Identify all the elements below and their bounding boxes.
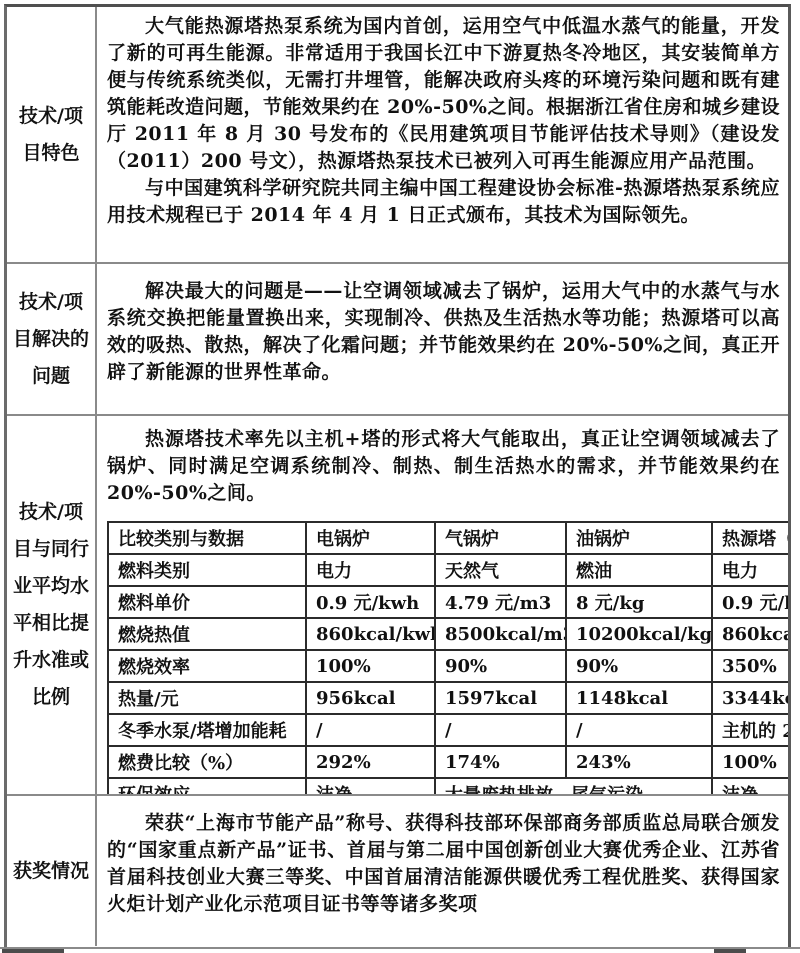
awards-paragraph: 荣获“上海市节能产品”称号、获得科技部环保部商务部质监总局联合颁发的“国家重点新… (107, 810, 780, 918)
table-row-awards: 获奖情况 荣获“上海市节能产品”称号、获得科技部环保部商务部质监总局联合颁发的“… (7, 796, 788, 946)
features-content: 大气能热源塔热泵系统为国内首创，运用空气中低温水蒸气的能量，开发了新的可再生能源… (97, 7, 788, 262)
comparison-cell: 电力 (712, 554, 788, 586)
comparison-header-cell: 油锅炉 (566, 522, 712, 554)
comparison-cell-span: 大量废热排放、尾气污染 (435, 778, 712, 794)
comparison-row-fuel-cost: 燃费比较（%） 292% 174% 243% 100% (108, 746, 788, 778)
comparison-cell: 4.79 元/m3 (435, 586, 566, 618)
comparison-cell: 燃费比较（%） (108, 746, 306, 778)
comparison-cell: / (435, 714, 566, 746)
comparison-cell: 90% (435, 650, 566, 682)
cutoff-next-row-line (0, 947, 800, 949)
comparison-row-heat-value: 燃烧热值 860kcal/kwh 8500kcal/m3 10200kcal/k… (108, 618, 788, 650)
comparison-cell: 3344kcal (712, 682, 788, 714)
comparison-cell: 1597kcal (435, 682, 566, 714)
comparison-header-row: 比较类别与数据 电锅炉 气锅炉 油锅炉 热源塔（不用锅炉） (108, 522, 788, 554)
comparison-cell: 0.9 元/kwh (712, 586, 788, 618)
cutoff-border-segment (714, 949, 746, 953)
comparison-cell: 860kcal/kwh (712, 618, 788, 650)
comparison-cell: 电力 (306, 554, 435, 586)
awards-content: 荣获“上海市节能产品”称号、获得科技部环保部商务部质监总局联合颁发的“国家重点新… (97, 796, 788, 946)
comparison-header-cell: 热源塔（不用锅炉） (712, 522, 788, 554)
comparison-header-cell: 电锅炉 (306, 522, 435, 554)
comparison-cell: 174% (435, 746, 566, 778)
comparison-row-heat-per-yuan: 热量/元 956kcal 1597kcal 1148kcal 3344kcal (108, 682, 788, 714)
comparison-cell: 350% (712, 650, 788, 682)
comparison-cell: 8 元/kg (566, 586, 712, 618)
comparison-cell: 燃料类别 (108, 554, 306, 586)
table-row-industry-comparison: 技术/项 目与同行 业平均水 平相比提 升水准或 比例 热源塔技术率先以主机+塔… (7, 416, 788, 796)
comparison-cell: 热量/元 (108, 682, 306, 714)
row-label-features: 技术/项 目特色 (7, 7, 97, 262)
comparison-cell: 292% (306, 746, 435, 778)
comparison-row-winter-pump: 冬季水泵/塔增加能耗 / / / 主机的 20% (108, 714, 788, 746)
document-page: 技术/项 目特色 大气能热源塔热泵系统为国内首创，运用空气中低温水蒸气的能量，开… (0, 0, 800, 953)
comparison-cell: 10200kcal/kg (566, 618, 712, 650)
row-label-problems-solved: 技术/项 目解决的 问题 (7, 264, 97, 414)
comparison-row-fuel-price: 燃料单价 0.9 元/kwh 4.79 元/m3 8 元/kg 0.9 元/kw… (108, 586, 788, 618)
comparison-cell: 燃烧效率 (108, 650, 306, 682)
comparison-cell: 天然气 (435, 554, 566, 586)
comparison-cell: 100% (712, 746, 788, 778)
comparison-row-environment: 环保效应 洁净 大量废热排放、尾气污染 洁净 (108, 778, 788, 794)
row-label-industry-comparison: 技术/项 目与同行 业平均水 平相比提 升水准或 比例 (7, 416, 97, 794)
comparison-cell: 90% (566, 650, 712, 682)
comparison-cell: 243% (566, 746, 712, 778)
table-row-features: 技术/项 目特色 大气能热源塔热泵系统为国内首创，运用空气中低温水蒸气的能量，开… (7, 7, 788, 264)
comparison-cell: / (566, 714, 712, 746)
comparison-cell: 洁净 (712, 778, 788, 794)
comparison-header-cell: 气锅炉 (435, 522, 566, 554)
comparison-cell: 洁净 (306, 778, 435, 794)
problems-paragraph: 解决最大的问题是——让空调领域减去了锅炉，运用大气中的水蒸气与水系统交换把能量置… (107, 278, 780, 386)
main-table: 技术/项 目特色 大气能热源塔热泵系统为国内首创，运用空气中低温水蒸气的能量，开… (4, 4, 791, 948)
comparison-cell: 主机的 20% (712, 714, 788, 746)
comparison-cell: 冬季水泵/塔增加能耗 (108, 714, 306, 746)
comparison-row-fuel-type: 燃料类别 电力 天然气 燃油 电力 (108, 554, 788, 586)
comparison-intro-paragraph: 热源塔技术率先以主机+塔的形式将大气能取出，真正让空调领域减去了锅炉、同时满足空… (107, 426, 780, 507)
comparison-cell: 1148kcal (566, 682, 712, 714)
comparison-cell: 860kcal/kwh (306, 618, 435, 650)
comparison-table: 比较类别与数据 电锅炉 气锅炉 油锅炉 热源塔（不用锅炉） 燃料类别 电力 天然… (107, 521, 788, 794)
comparison-cell: 燃烧热值 (108, 618, 306, 650)
comparison-cell: 燃料单价 (108, 586, 306, 618)
comparison-cell: 0.9 元/kwh (306, 586, 435, 618)
row-label-awards: 获奖情况 (7, 796, 97, 946)
comparison-cell: 956kcal (306, 682, 435, 714)
comparison-cell: 燃油 (566, 554, 712, 586)
comparison-header-cell: 比较类别与数据 (108, 522, 306, 554)
comparison-cell: 100% (306, 650, 435, 682)
comparison-content: 热源塔技术率先以主机+塔的形式将大气能取出，真正让空调领域减去了锅炉、同时满足空… (97, 416, 788, 794)
features-paragraph-2: 与中国建筑科学研究院共同主编中国工程建设协会标准-热源塔热泵系统应用技术规程已于… (107, 175, 780, 229)
comparison-cell: 环保效应 (108, 778, 306, 794)
problems-content: 解决最大的问题是——让空调领域减去了锅炉，运用大气中的水蒸气与水系统交换把能量置… (97, 264, 788, 414)
cutoff-border-segment (2, 949, 64, 953)
features-paragraph-1: 大气能热源塔热泵系统为国内首创，运用空气中低温水蒸气的能量，开发了新的可再生能源… (107, 13, 780, 175)
comparison-cell: / (306, 714, 435, 746)
comparison-cell: 8500kcal/m3 (435, 618, 566, 650)
table-row-problems-solved: 技术/项 目解决的 问题 解决最大的问题是——让空调领域减去了锅炉，运用大气中的… (7, 264, 788, 416)
comparison-row-efficiency: 燃烧效率 100% 90% 90% 350% (108, 650, 788, 682)
